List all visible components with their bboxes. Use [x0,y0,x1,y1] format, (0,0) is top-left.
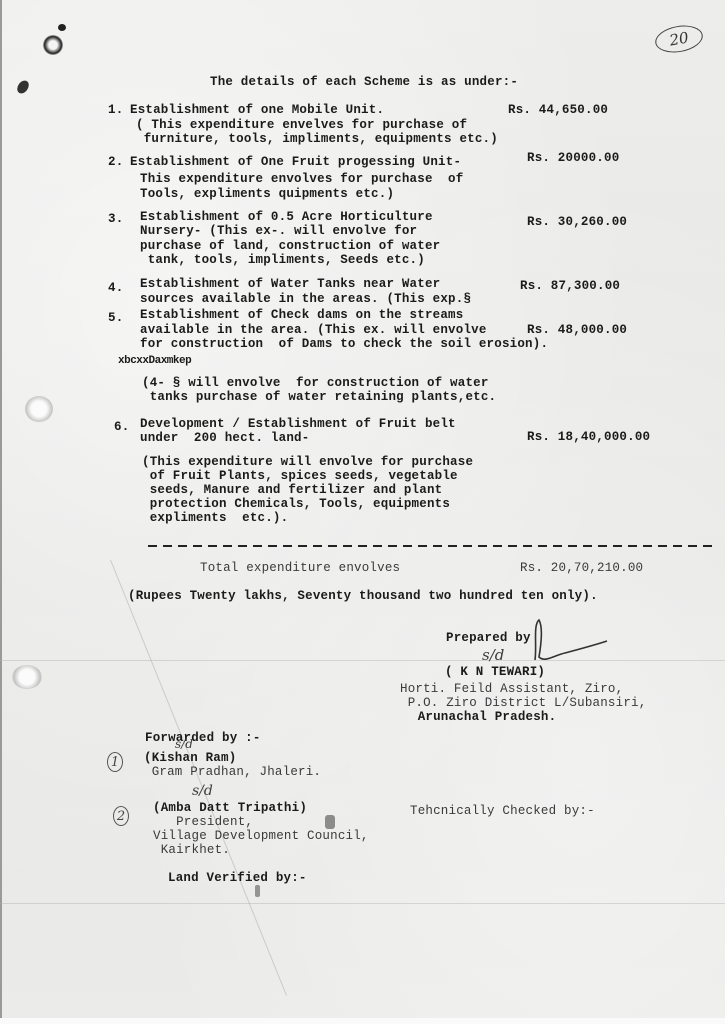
preparer-title: Horti. Feild Assistant, Ziro, [400,683,623,696]
item-note: (This expenditure will envolve for purch… [142,456,473,469]
forwarder-org: Village Development Council, [153,830,369,843]
forwarder-title: President, [153,816,253,829]
item-title: Establishment of Check dams on the strea… [140,309,463,322]
item-note: of Fruit Plants, spices seeds, vegetable [142,470,458,483]
struck-out-text: xbcxxDaxmkep [118,355,191,368]
total-in-words: (Rupees Twenty lakhs, Seventy thousand t… [128,590,598,603]
fold-crease [0,903,725,904]
item-amount: Rs. 44,650.00 [508,104,608,117]
item-description: furniture, tools, impliments, equipments… [136,133,498,146]
item-amount: Rs. 18,40,000.00 [527,431,650,444]
item-note: expliments etc.). [142,512,288,525]
item-description: purchase of land, construction of water [140,240,440,253]
item-description: under 200 hect. land- [140,432,309,445]
item-title: Establishment of one Mobile Unit. [130,104,384,117]
item-description: for construction of Dams to check the so… [140,338,548,351]
ink-blot [15,78,31,95]
footnote: (4- § will envolve for construction of w… [142,377,489,390]
preparer-address: Arunachal Pradesh. [410,711,556,724]
item-title: Establishment of One Fruit progessing Un… [130,156,461,169]
item-number: 4. [108,282,123,295]
item-number: 5. [108,312,123,325]
ink-blot [58,24,66,31]
prepared-by-label: Prepared by [446,632,531,645]
forwarded-by-label: Forwarded by :- [145,732,261,745]
circled-number: 1 [107,752,123,772]
item-amount: Rs. 30,260.00 [527,216,627,229]
forwarder-title: Gram Pradhan, Jhaleri. [144,766,321,779]
item-description: Tools, expliments quipments etc.) [140,188,394,201]
document-page: 20 The details of each Scheme is as unde… [0,0,725,1024]
signed-mark: s/d [482,646,504,664]
item-description: This expenditure envolves for purchase o… [140,173,463,186]
item-amount: Rs. 20000.00 [527,152,619,165]
item-note: seeds, Manure and fertilizer and plant [142,484,442,497]
land-verified-label: Land Verified by:- [168,872,307,885]
signed-mark: s/d [192,783,213,799]
item-amount: Rs. 87,300.00 [520,280,620,293]
item-description: tank, tools, impliments, Seeds etc.) [140,254,425,267]
item-number: 2. [108,156,123,169]
preparer-name: ( K N TEWARI) [445,666,545,679]
item-description: sources available in the areas. (This ex… [140,293,471,306]
section-heading: The details of each Scheme is as under:- [210,76,518,89]
total-label: Total expenditure envolves [200,562,400,575]
technically-checked-label: Tehcnically Checked by:- [410,805,595,818]
page-edge [0,1018,725,1024]
total-amount: Rs. 20,70,210.00 [520,562,643,575]
item-description: available in the area. (This ex. will en… [140,324,487,337]
ink-smudge [325,815,335,829]
item-number: 3. [108,213,123,226]
item-note: protection Chemicals, Tools, equipments [142,498,450,511]
item-description: Nursery- (This ex-. will envolve for [140,225,417,238]
forwarder-place: Kairkhet. [153,844,230,857]
item-number: 1. [108,104,123,117]
item-title: Development / Establishment of Fruit bel… [140,418,456,431]
item-number: 6. [114,421,129,434]
preparer-address: P.O. Ziro District L/Subansiri, [400,697,646,710]
item-title: Establishment of Water Tanks near Water [140,278,440,291]
paper-stain [25,396,53,422]
signature-icon [525,615,610,670]
forwarder-name: (Amba Datt Tripathi) [153,802,307,815]
dashed-divider [148,545,718,547]
item-description: ( This expenditure envelves for purchase… [136,119,467,132]
page-number: 20 [653,22,705,56]
forwarder-name: (Kishan Ram) [144,752,236,765]
signed-mark: s/d [175,737,193,751]
item-amount: Rs. 48,000.00 [527,324,627,337]
page-edge [0,0,2,1024]
item-title: Establishment of 0.5 Acre Horticulture [140,211,433,224]
circled-number: 2 [113,806,129,826]
footnote: tanks purchase of water retaining plants… [142,391,496,404]
paper-stain [12,665,42,689]
ink-blot [43,35,63,55]
ink-smudge [255,885,260,897]
fold-crease [0,660,725,661]
